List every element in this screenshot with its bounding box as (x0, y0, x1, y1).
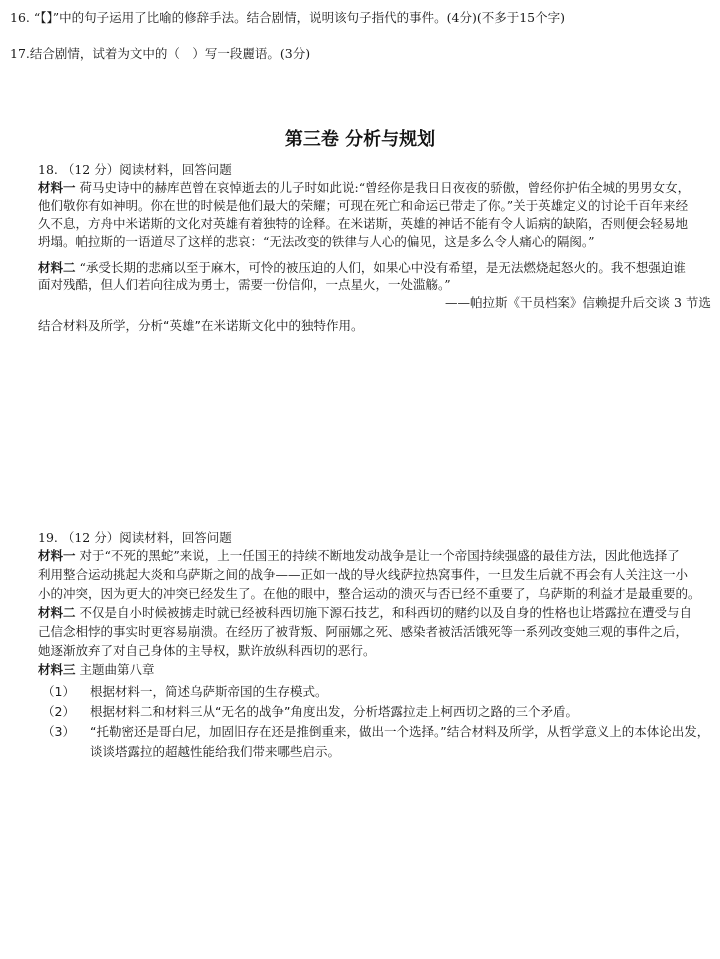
subquestion-3: （3）“托勒密还是哥白尼，加固旧存在还是推倒重来，做出一个选择。”结合材料及所学… (42, 724, 709, 740)
text-line: 荷马史诗中的赫库芭曾在哀悼逝去的儿子时如此说:“曾经你是我日日夜夜的骄傲，曾经你… (80, 180, 691, 195)
source-citation: ——帕拉斯《干员档案》信赖提升后交谈 3 节选 (445, 295, 711, 311)
subquestion-number: （3） (42, 724, 90, 740)
text-line: 主题曲第八章 (80, 662, 155, 677)
q19-material-3: 材料三 主题曲第八章 (38, 662, 155, 678)
subquestion-3-cont: 谈谈塔露拉的超越性能给我们带来哪些启示。 (42, 744, 340, 760)
q19-header: 19. （12 分）阅读材料，回答问题 (38, 530, 232, 546)
material-label: 材料二 (38, 260, 76, 275)
question-16: 16. “【】”中的句子运用了比喻的修辞手法。结合剧情，说明该句子指代的事件。(… (10, 10, 565, 26)
text-line: 他们敬你有如神明。你在世的时候是他们最大的荣耀；可现在死亡和命运已带走了你。”关… (38, 198, 688, 214)
material-label: 材料一 (38, 548, 76, 563)
subquestion-number: （1） (42, 684, 90, 700)
text-line: 己信念相悖的事实时更容易崩溃。在经历了被背叛、阿丽娜之死、感染者被活活饿死等一系… (38, 624, 688, 640)
subquestion-text: 根据材料一，简述乌萨斯帝国的生存模式。 (90, 684, 328, 699)
subquestion-number: （2） (42, 704, 90, 720)
material-label: 材料三 (38, 662, 76, 677)
subquestion-text: “托勒密还是哥白尼，加固旧存在还是推倒重来，做出一个选择。”结合材料及所学，从哲… (90, 724, 709, 739)
text-line: 久不息，方舟中米诺斯的文化对英雄有着独特的诠释。在米诺斯，英雄的神话不能有令人诟… (38, 216, 688, 232)
text-line: 面对残酷，但人们若向往成为勇士，需要一份信仰，一点星火，一处滥觞。” (38, 277, 451, 293)
section-title: 第三卷 分析与规划 (0, 125, 720, 151)
text-line: 对于“不死的黑蛇”来说，上一任国王的持续不断地发动战争是让一个帝国持续强盛的最佳… (80, 548, 680, 563)
material-label: 材料二 (38, 605, 76, 620)
text-line: 小的冲突，因为更大的冲突已经发生了。在他的眼中，整合运动的溃灭与否已经不重要了，… (38, 586, 701, 602)
text-line: 坍塌。帕拉斯的一语道尽了这样的悲哀：“无法改变的铁律与人心的偏见，这是多么令人痛… (38, 234, 595, 250)
q18-prompt: 结合材料及所学，分析“英雄”在米诺斯文化中的独特作用。 (38, 318, 363, 334)
text-line: “承受长期的悲痛以至于麻木，可怜的被压迫的人们，如果心中没有希望，是无法燃烧起怒… (80, 260, 686, 275)
text-line: 她逐渐放弃了对自己身体的主导权，默许放纵科西切的恶行。 (38, 643, 376, 659)
text-line: 不仅是自小时候被掳走时就已经被科西切施下源石技艺，和科西切的赌约以及自身的性格也… (80, 605, 693, 620)
subquestion-text: 根据材料二和材料三从“无名的战争”角度出发，分析塔露拉走上柯西切之路的三个矛盾。 (90, 704, 578, 719)
subquestion-1: （1）根据材料一，简述乌萨斯帝国的生存模式。 (42, 684, 328, 700)
material-label: 材料一 (38, 180, 76, 195)
subquestion-text: 谈谈塔露拉的超越性能给我们带来哪些启示。 (90, 744, 340, 759)
text-line: 利用整合运动挑起大炎和乌萨斯之间的战争——正如一战的导火线萨拉热窝事件，一旦发生… (38, 567, 688, 583)
question-17: 17.结合剧情，试着为文中的（ ）写一段麗语。(3分) (10, 46, 310, 62)
subquestion-2: （2）根据材料二和材料三从“无名的战争”角度出发，分析塔露拉走上柯西切之路的三个… (42, 704, 578, 720)
q18-header: 18. （12 分）阅读材料，回答问题 (38, 162, 232, 178)
